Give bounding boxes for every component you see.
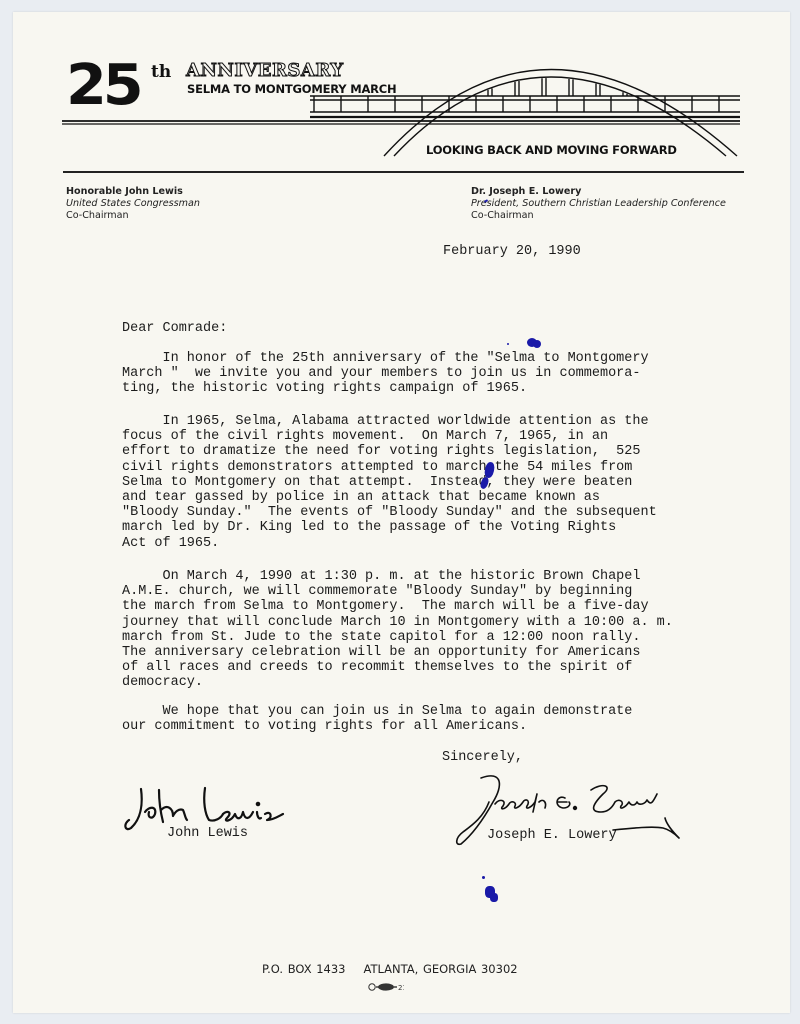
co-chair-name: Honorable John Lewis — [66, 186, 200, 198]
paragraph-1: In honor of the 25th anniversary of the … — [122, 351, 649, 397]
ink-blot — [507, 343, 509, 345]
po-box: P.O. BOX 1433 — [262, 962, 346, 976]
co-chair-role: Co-Chairman — [66, 210, 200, 222]
paragraph-3: On March 4, 1990 at 1:30 p. m. at the hi… — [122, 569, 673, 691]
co-chair-lewis: Honorable John Lewis United States Congr… — [66, 186, 200, 222]
ink-blot — [482, 876, 485, 879]
ink-blot — [490, 893, 498, 902]
co-chair-role: Co-Chairman — [471, 210, 726, 222]
typed-name-lowery: Joseph E. Lowery — [487, 828, 617, 843]
co-chair-lowery: Dr. Joseph E. Lowery President, Southern… — [471, 186, 726, 222]
header-divider — [63, 171, 744, 173]
footer-address: P.O. BOX 1433ATLANTA, GEORGIA 30302 — [262, 962, 536, 976]
city-state-zip: ATLANTA, GEORGIA 30302 — [364, 962, 518, 976]
motto: LOOKING BACK AND MOVING FORWARD — [426, 143, 677, 157]
closing: Sincerely, — [442, 750, 523, 765]
union-label-icon: 21 — [368, 982, 404, 992]
salutation: Dear Comrade: — [122, 321, 227, 336]
paragraph-4: We hope that you can join us in Selma to… — [122, 704, 632, 734]
co-chair-title: President, Southern Christian Leadership… — [471, 198, 726, 210]
ink-blot — [533, 340, 541, 348]
svg-text:21: 21 — [398, 984, 404, 992]
typed-name-lewis: John Lewis — [167, 826, 248, 841]
co-chair-name: Dr. Joseph E. Lowery — [471, 186, 726, 198]
letter-date: February 20, 1990 — [443, 244, 581, 259]
co-chair-title: United States Congressman — [66, 198, 200, 210]
paragraph-2: In 1965, Selma, Alabama attracted worldw… — [122, 414, 657, 551]
